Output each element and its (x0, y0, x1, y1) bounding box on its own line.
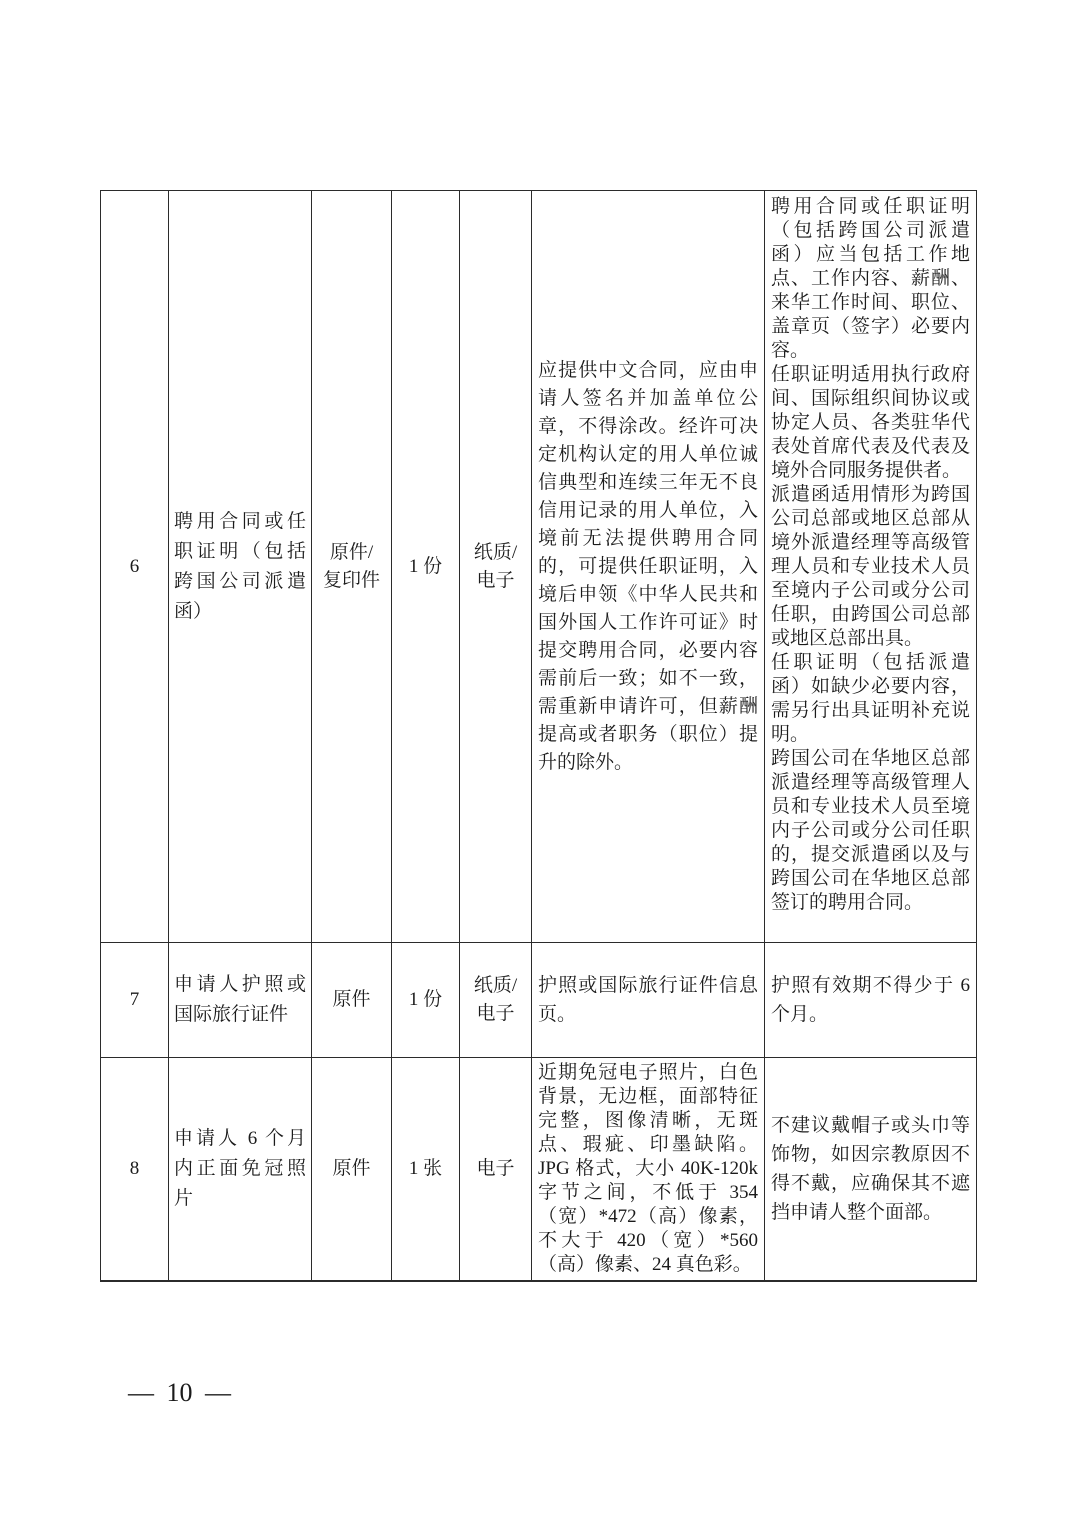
notes-cell: 不建议戴帽子或头巾等饰物，如因宗教原因不得不戴，应确保其不遮挡申请人整个面部。 (765, 1058, 977, 1282)
notes-cell: 护照有效期不得少于 6 个月。 (765, 943, 977, 1058)
medium-cell: 纸质/ 电子 (460, 943, 532, 1058)
notes-cell: 聘用合同或任职证明（包括跨国公司派遣函）应当包括工作地点、工作内容、薪酬、来华工… (765, 191, 977, 943)
page-number: — 10 — (128, 1378, 231, 1408)
table-row: 6 聘用合同或任职证明（包括跨国公司派遣函） 原件/ 复印件 1 份 纸质/ 电… (101, 191, 977, 943)
quantity-cell: 1 份 (392, 191, 460, 943)
row-number-cell: 6 (101, 191, 169, 943)
description-cell: 近期免冠电子照片，白色背景，无边框，面部特征完整，图像清晰，无斑点、瑕疵、印墨缺… (532, 1058, 765, 1282)
quantity-cell: 1 份 (392, 943, 460, 1058)
row-number-cell: 8 (101, 1058, 169, 1282)
material-name-cell: 申请人护照或国际旅行证件 (169, 943, 312, 1058)
quantity-cell: 1 张 (392, 1058, 460, 1282)
row-number-cell: 7 (101, 943, 169, 1058)
medium-cell: 纸质/ 电子 (460, 191, 532, 943)
table-row: 8 申请人 6 个月内正面免冠照片 原件 1 张 电子 近期免冠电子照片，白色背… (101, 1058, 977, 1282)
form-cell: 原件/ 复印件 (312, 191, 392, 943)
material-name-cell: 申请人 6 个月内正面免冠照片 (169, 1058, 312, 1282)
medium-cell: 电子 (460, 1058, 532, 1282)
form-cell: 原件 (312, 1058, 392, 1282)
material-name-cell: 聘用合同或任职证明（包括跨国公司派遣函） (169, 191, 312, 943)
description-cell: 护照或国际旅行证件信息页。 (532, 943, 765, 1058)
materials-table: 6 聘用合同或任职证明（包括跨国公司派遣函） 原件/ 复印件 1 份 纸质/ 电… (100, 190, 977, 1282)
form-cell: 原件 (312, 943, 392, 1058)
description-cell: 应提供中文合同，应由申请人签名并加盖单位公章，不得涂改。经许可决定机构认定的用人… (532, 191, 765, 943)
table-row: 7 申请人护照或国际旅行证件 原件 1 份 纸质/ 电子 护照或国际旅行证件信息… (101, 943, 977, 1058)
